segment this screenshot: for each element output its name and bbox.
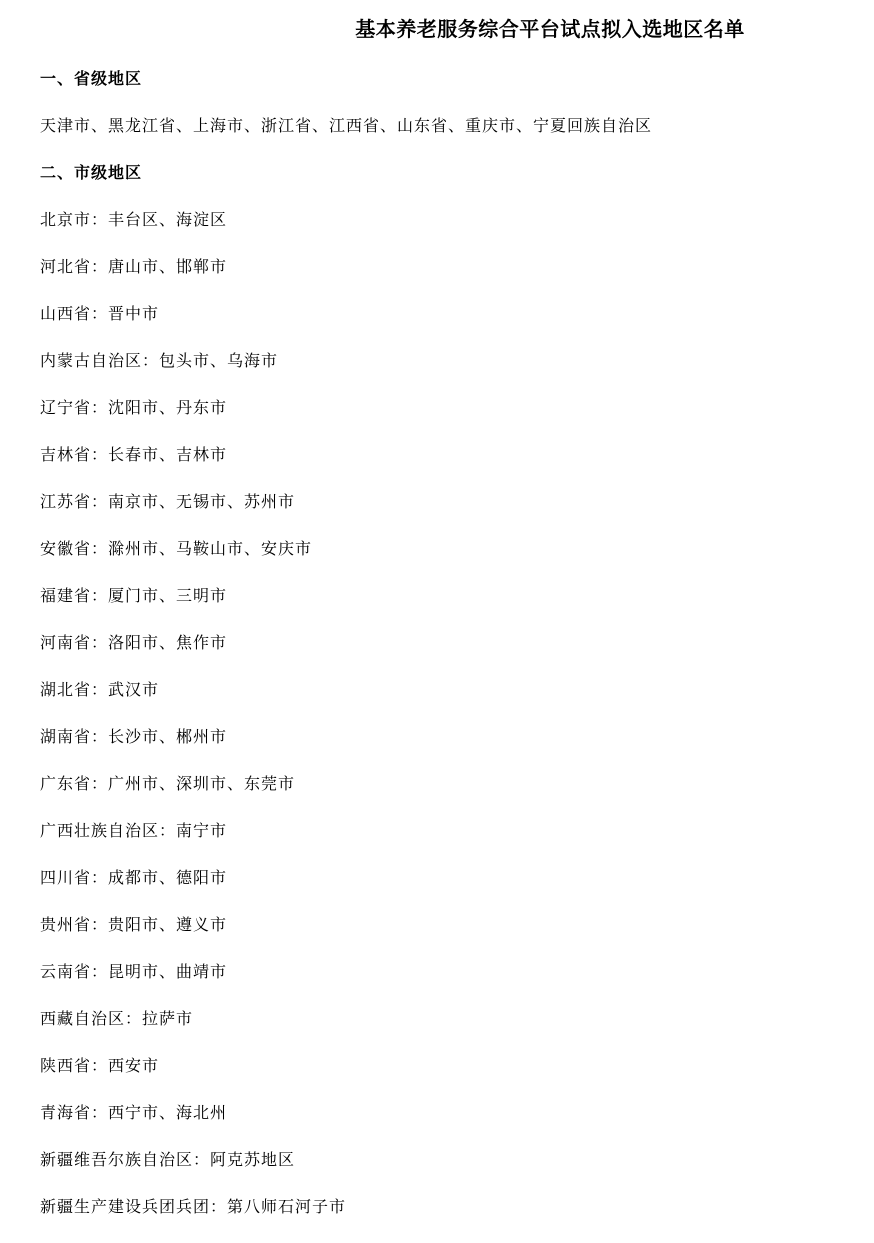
region-line-guizhou: 贵州省：贵阳市、遵义市 xyxy=(40,916,834,936)
region-line-beijing: 北京市：丰台区、海淀区 xyxy=(40,211,834,231)
region-line-jilin: 吉林省：长春市、吉林市 xyxy=(40,446,834,466)
region-line-henan: 河南省：洛阳市、焦作市 xyxy=(40,634,834,654)
region-line-bingtuan: 新疆生产建设兵团兵团：第八师石河子市 xyxy=(40,1198,834,1218)
region-line-hubei: 湖北省：武汉市 xyxy=(40,681,834,701)
region-line-shanxi: 山西省：晋中市 xyxy=(40,305,834,325)
region-line-neimenggu: 内蒙古自治区：包头市、乌海市 xyxy=(40,352,834,372)
section-municipal: 二、市级地区 北京市：丰台区、海淀区 河北省：唐山市、邯郸市 山西省：晋中市 内… xyxy=(40,164,834,1218)
region-line-hebei: 河北省：唐山市、邯郸市 xyxy=(40,258,834,278)
region-line-jiangsu: 江苏省：南京市、无锡市、苏州市 xyxy=(40,493,834,513)
section-municipal-heading: 二、市级地区 xyxy=(40,164,834,184)
region-line-xinjiang: 新疆维吾尔族自治区：阿克苏地区 xyxy=(40,1151,834,1171)
region-line-guangxi: 广西壮族自治区：南宁市 xyxy=(40,822,834,842)
region-line-anhui: 安徽省：滁州市、马鞍山市、安庆市 xyxy=(40,540,834,560)
provincial-region-list: 天津市、黑龙江省、上海市、浙江省、江西省、山东省、重庆市、宁夏回族自治区 xyxy=(40,117,834,137)
region-line-fujian: 福建省：厦门市、三明市 xyxy=(40,587,834,607)
section-provincial-heading: 一、省级地区 xyxy=(40,70,834,90)
region-line-yunnan: 云南省：昆明市、曲靖市 xyxy=(40,963,834,983)
region-line-liaoning: 辽宁省：沈阳市、丹东市 xyxy=(40,399,834,419)
page-title: 基本养老服务综合平台试点拟入选地区名单 xyxy=(40,18,834,42)
region-line-sichuan: 四川省：成都市、德阳市 xyxy=(40,869,834,889)
region-line-hunan: 湖南省：长沙市、郴州市 xyxy=(40,728,834,748)
section-provincial: 一、省级地区 天津市、黑龙江省、上海市、浙江省、江西省、山东省、重庆市、宁夏回族… xyxy=(40,70,834,137)
region-line-shaanxi: 陕西省：西安市 xyxy=(40,1057,834,1077)
region-line-guangdong: 广东省：广州市、深圳市、东莞市 xyxy=(40,775,834,795)
region-line-qinghai: 青海省：西宁市、海北州 xyxy=(40,1104,834,1124)
region-line-xizang: 西藏自治区：拉萨市 xyxy=(40,1010,834,1030)
document-page: 基本养老服务综合平台试点拟入选地区名单 一、省级地区 天津市、黑龙江省、上海市、… xyxy=(0,0,874,1243)
